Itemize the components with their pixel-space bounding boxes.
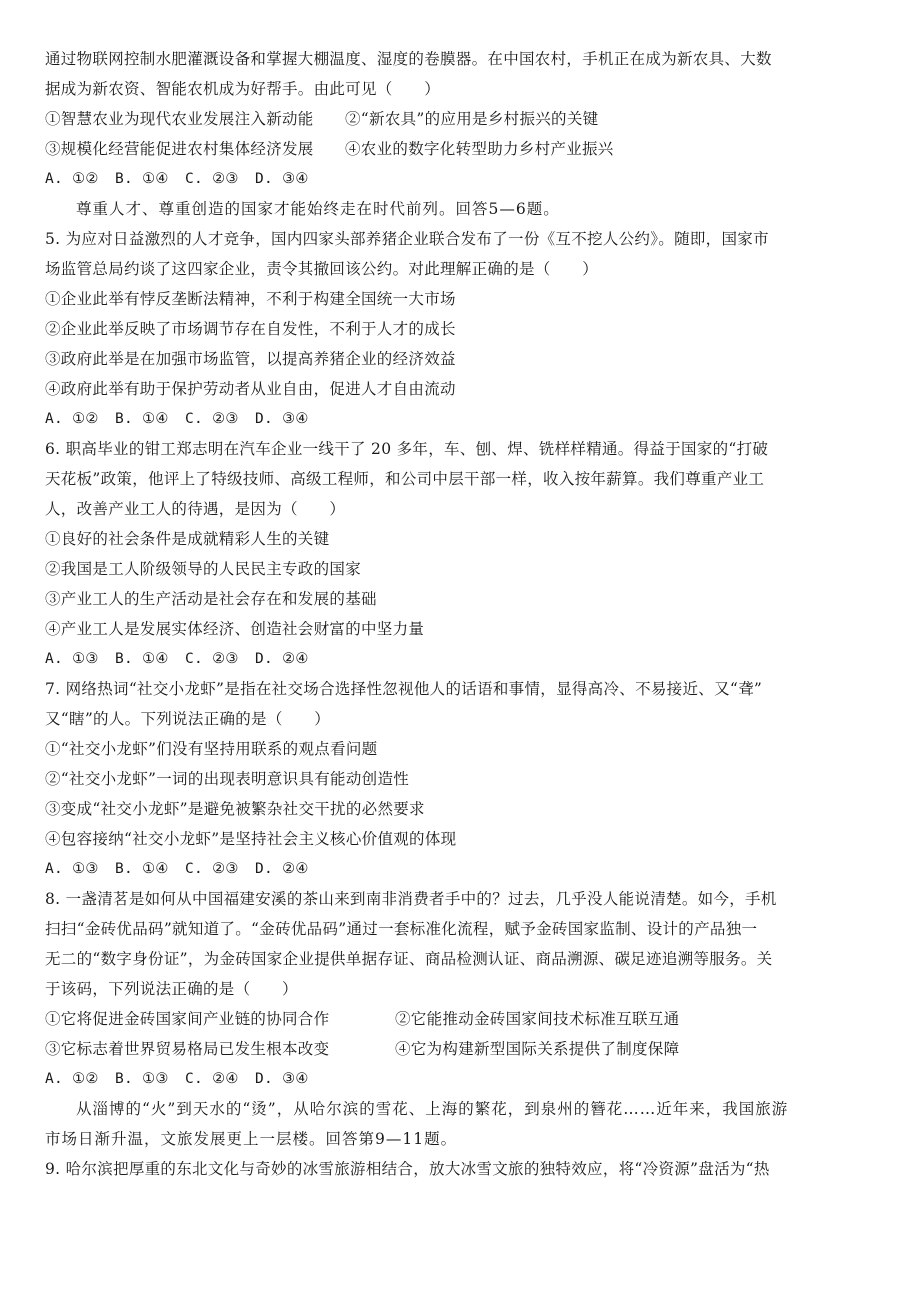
answer-d: D. ③④ — [255, 1064, 309, 1094]
question-stem-line: 又“瞎”的人。下列说法正确的是（ ） — [45, 704, 845, 734]
answer-b: B. ①④ — [115, 404, 185, 434]
options-row: ③它标志着世界贸易格局已发生根本改变 ④它为构建新型国际关系提供了制度保障 — [45, 1034, 845, 1064]
question-4: 通过物联网控制水肥灌溉设备和掌握大棚温度、湿度的卷膜器。在中国农村，手机正在成为… — [45, 44, 845, 194]
option-3: ③规模化经营能促进农村集体经济发展 — [45, 134, 345, 164]
option-3: ③它标志着世界贸易格局已发生根本改变 — [45, 1034, 395, 1064]
question-stem-line: 扫扫“金砖优品码”就知道了。“金砖优品码”通过一套标准化流程，赋予金砖国家监制、… — [45, 914, 845, 944]
answer-b: B. ①③ — [115, 1064, 185, 1094]
question-stem-line: 7. 网络热词“社交小龙虾”是指在社交场合选择性忽视他人的话语和事情，显得高冷、… — [45, 674, 845, 704]
section-intro: 从淄博的“火”到天水的“烫”，从哈尔滨的雪花、上海的繁花，到泉州的簪花……近年来… — [45, 1094, 845, 1154]
question-7: 7. 网络热词“社交小龙虾”是指在社交场合选择性忽视他人的话语和事情，显得高冷、… — [45, 674, 845, 884]
option-1: ①智慧农业为现代农业发展注入新动能 — [45, 104, 345, 134]
option-4: ④它为构建新型国际关系提供了制度保障 — [395, 1034, 679, 1064]
question-stem-line: 天花板”政策，他评上了特级技师、高级工程师，和公司中层干部一样，收入按年薪算。我… — [45, 464, 845, 494]
answer-choices: A. ①② B. ①④ C. ②③ D. ③④ — [45, 164, 845, 194]
answer-a: A. ①② — [45, 1064, 115, 1094]
question-stem-line: 场监管总局约谈了这四家企业，责令其撤回该公约。对此理解正确的是（ ） — [45, 254, 845, 284]
option-3: ③变成“社交小龙虾”是避免被繁杂社交干扰的必然要求 — [45, 794, 845, 824]
answer-d: D. ②④ — [255, 854, 309, 884]
question-stem-line: 9. 哈尔滨把厚重的东北文化与奇妙的冰雪旅游相结合，放大冰雪文旅的独特效应，将“… — [45, 1154, 845, 1184]
answer-d: D. ②④ — [255, 644, 309, 674]
question-stem-line: 人，改善产业工人的待遇，是因为（ ） — [45, 494, 845, 524]
question-stem-line: 于该码，下列说法正确的是（ ） — [45, 974, 845, 1004]
answer-b: B. ①④ — [115, 854, 185, 884]
section-intro: 尊重人才、尊重创造的国家才能始终走在时代前列。回答5—6题。 — [45, 194, 845, 224]
answer-a: A. ①③ — [45, 644, 115, 674]
option-1: ①企业此举有悖反垄断法精神，不利于构建全国统一大市场 — [45, 284, 845, 314]
answer-c: C. ②③ — [185, 164, 255, 194]
option-3: ③产业工人的生产活动是社会存在和发展的基础 — [45, 584, 845, 614]
answer-c: C. ②③ — [185, 854, 255, 884]
question-6: 6. 职高毕业的钳工郑志明在汽车企业一线干了 20 多年，车、刨、焊、铣样样精通… — [45, 434, 845, 674]
question-stem-line: 5. 为应对日益激烈的人才竞争，国内四家头部养猪企业联合发布了一份《互不挖人公约… — [45, 224, 845, 254]
question-5: 5. 为应对日益激烈的人才竞争，国内四家头部养猪企业联合发布了一份《互不挖人公约… — [45, 224, 845, 434]
option-2: ②我国是工人阶级领导的人民民主专政的国家 — [45, 554, 845, 584]
answer-choices: A. ①③ B. ①④ C. ②③ D. ②④ — [45, 854, 845, 884]
answer-c: C. ②③ — [185, 404, 255, 434]
question-8: 8. 一盏清茗是如何从中国福建安溪的茶山来到南非消费者手中的？过去，几乎没人能说… — [45, 884, 845, 1094]
question-stem-line: 据成为新农资、智能农机成为好帮手。由此可见（ ） — [45, 74, 845, 104]
answer-choices: A. ①② B. ①④ C. ②③ D. ③④ — [45, 404, 845, 434]
answer-a: A. ①② — [45, 404, 115, 434]
answer-b: B. ①④ — [115, 644, 185, 674]
option-2: ②企业此举反映了市场调节存在自发性，不利于人才的成长 — [45, 314, 845, 344]
question-9: 9. 哈尔滨把厚重的东北文化与奇妙的冰雪旅游相结合，放大冰雪文旅的独特效应，将“… — [45, 1154, 845, 1184]
question-stem-line: 8. 一盏清茗是如何从中国福建安溪的茶山来到南非消费者手中的？过去，几乎没人能说… — [45, 884, 845, 914]
answer-c: C. ②④ — [185, 1064, 255, 1094]
option-4: ④政府此举有助于保护劳动者从业自由，促进人才自由流动 — [45, 374, 845, 404]
option-3: ③政府此举是在加强市场监管，以提高养猪企业的经济效益 — [45, 344, 845, 374]
option-2: ②“社交小龙虾”一词的出现表明意识具有能动创造性 — [45, 764, 845, 794]
answer-choices: A. ①② B. ①③ C. ②④ D. ③④ — [45, 1064, 845, 1094]
options-row: ①智慧农业为现代农业发展注入新动能 ②“新农具”的应用是乡村振兴的关键 — [45, 104, 845, 134]
option-2: ②它能推动金砖国家间技术标准互联互通 — [395, 1004, 679, 1034]
answer-a: A. ①③ — [45, 854, 115, 884]
option-4: ④农业的数字化转型助力乡村产业振兴 — [345, 134, 614, 164]
option-1: ①它将促进金砖国家间产业链的协同合作 — [45, 1004, 395, 1034]
answer-c: C. ②③ — [185, 644, 255, 674]
option-1: ①“社交小龙虾”们没有坚持用联系的观点看问题 — [45, 734, 845, 764]
question-stem-line: 6. 职高毕业的钳工郑志明在汽车企业一线干了 20 多年，车、刨、焊、铣样样精通… — [45, 434, 845, 464]
exam-page: 通过物联网控制水肥灌溉设备和掌握大棚温度、湿度的卷膜器。在中国农村，手机正在成为… — [45, 44, 845, 1184]
answer-d: D. ③④ — [255, 404, 309, 434]
option-4: ④产业工人是发展实体经济、创造社会财富的中坚力量 — [45, 614, 845, 644]
question-stem-line: 通过物联网控制水肥灌溉设备和掌握大棚温度、湿度的卷膜器。在中国农村，手机正在成为… — [45, 44, 845, 74]
options-row: ①它将促进金砖国家间产业链的协同合作 ②它能推动金砖国家间技术标准互联互通 — [45, 1004, 845, 1034]
option-4: ④包容接纳“社交小龙虾”是坚持社会主义核心价值观的体现 — [45, 824, 845, 854]
section-intro-line: 从淄博的“火”到天水的“烫”，从哈尔滨的雪花、上海的繁花，到泉州的簪花……近年来… — [45, 1094, 845, 1124]
answer-choices: A. ①③ B. ①④ C. ②③ D. ②④ — [45, 644, 845, 674]
option-1: ①良好的社会条件是成就精彩人生的关键 — [45, 524, 845, 554]
answer-a: A. ①② — [45, 164, 115, 194]
option-2: ②“新农具”的应用是乡村振兴的关键 — [345, 104, 598, 134]
answer-b: B. ①④ — [115, 164, 185, 194]
options-row: ③规模化经营能促进农村集体经济发展 ④农业的数字化转型助力乡村产业振兴 — [45, 134, 845, 164]
section-intro-line: 市场日渐升温，文旅发展更上一层楼。回答第9—11题。 — [45, 1124, 845, 1154]
question-stem-line: 无二的“数字身份证”，为金砖国家企业提供单据存证、商品检测认证、商品溯源、碳足迹… — [45, 944, 845, 974]
answer-d: D. ③④ — [255, 164, 309, 194]
